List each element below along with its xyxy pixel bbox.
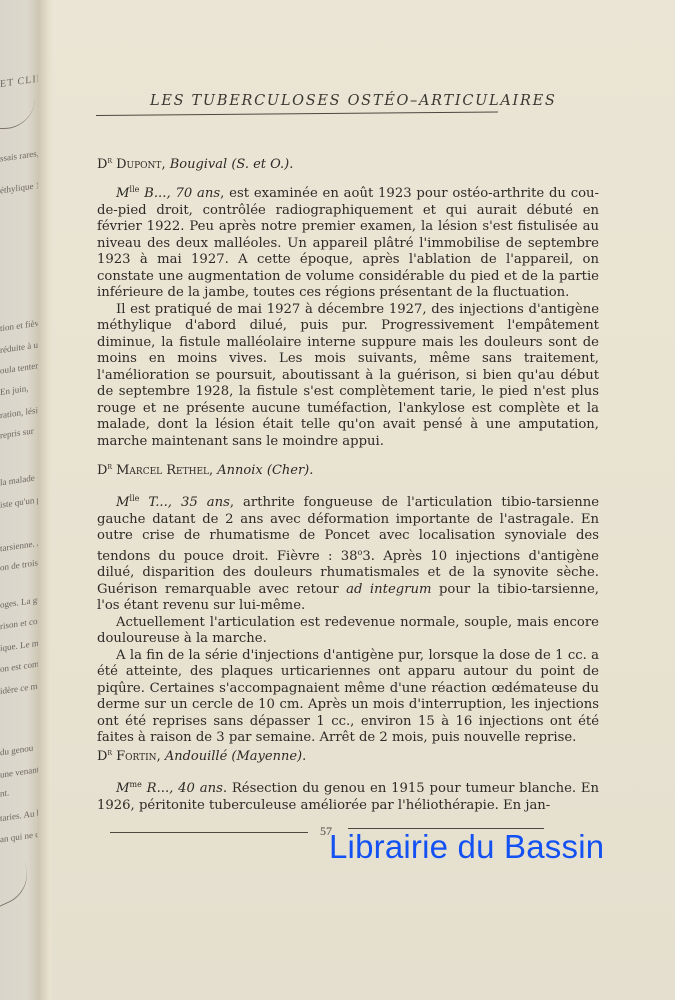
left-page-text-fragment: du genou — [0, 743, 33, 758]
footer-rule-left — [110, 832, 308, 833]
doctor-heading-dupont: Dr Dupont, Bougival (S. et O.). — [97, 156, 293, 172]
left-page-text-fragment: la malade — [0, 473, 35, 488]
patient-prefix: M — [116, 186, 130, 201]
doctor-location: Andouillé (Mayenne). — [165, 749, 306, 764]
doctor-name: Fortin — [116, 749, 156, 764]
left-page-text-fragment: an qui ne don — [0, 828, 38, 845]
left-page-text-fragment: éthylique 1 p. — [0, 179, 38, 196]
paragraph: Mlle T..., 35 ans, arthrite fongueuse de… — [97, 491, 599, 615]
left-page-text-fragment: une venant — [0, 764, 38, 780]
left-page-text-fragment: idère ce mal — [0, 680, 38, 696]
left-page-text-fragment: repris sur — [0, 426, 34, 441]
case-fortin-text: Mme R..., 40 ans. Résection du genou en … — [97, 777, 599, 814]
left-facing-page: ET CLINIQssais rares, puéthylique 1 p.ti… — [0, 0, 38, 1000]
left-page-text-fragment: taries. Au bo — [0, 807, 38, 823]
left-page-text-fragment: réduite à un — [0, 339, 38, 355]
left-page-head-rule — [0, 98, 35, 129]
doctor-title-sup: r — [107, 462, 112, 471]
doctor-title: Dr — [97, 463, 112, 478]
patient-id: R... — [142, 781, 169, 796]
patient-id: T... — [139, 495, 167, 510]
left-page-text-fragment: En juin, — [0, 383, 29, 397]
doctor-name: Dupont — [116, 157, 161, 172]
paragraph: Mlle B..., 70 ans, est examinée en août … — [97, 182, 599, 302]
left-page-text-fragment: tarsienne. Ap — [0, 537, 38, 554]
doctor-heading-fortin: Dr Fortin, Andouillé (Mayenne). — [97, 748, 306, 764]
running-head: LES TUBERCULOSES OSTÉO–ARTICULAIRES — [150, 93, 557, 109]
patient-id: B... — [139, 186, 166, 201]
patient-prefix: M — [116, 781, 130, 796]
paragraph: Mme R..., 40 ans. Résection du genou en … — [97, 777, 599, 814]
case-dupont-text: Mlle B..., 70 ans, est examinée en août … — [97, 182, 599, 450]
doctor-location: Annoix (Cher). — [217, 463, 313, 478]
left-page-text-fragment: tion et fièvre — [0, 317, 38, 333]
patient-prefix: M — [116, 495, 130, 510]
case-rethel-text: Mlle T..., 35 ans, arthrite fongueuse de… — [97, 491, 599, 747]
left-page-text-fragment: ssais rares, pu — [0, 146, 38, 163]
paragraph: Actuellement l'articulation est redevenu… — [97, 615, 599, 648]
left-page-text-fragment: ique. Le mal — [0, 637, 38, 653]
doctor-title: Dr — [97, 157, 112, 172]
patient-title-sup: me — [130, 780, 142, 789]
paragraph-text: , est examinée en août 1923 pour ostéo-a… — [97, 186, 599, 300]
left-page-text-fragment: on de trois — [0, 557, 38, 572]
left-page-text-fragment: rison et cons — [0, 615, 38, 631]
left-page-text-fragment: iste qu'un p — [0, 494, 38, 510]
left-page-text-fragment: oula tenter — [0, 360, 38, 375]
latin-phrase: ad integrum — [346, 582, 431, 597]
left-page-text-fragment: ration, lésion — [0, 404, 38, 421]
doctor-title-sup: r — [107, 748, 112, 757]
left-page-text-fragment: ET CLINIQ — [0, 71, 38, 90]
patient-age: , 70 ans — [166, 186, 220, 201]
patient-age: , 35 ans — [168, 495, 230, 510]
doctor-heading-rethel: Dr Marcel Rethel, Annoix (Cher). — [97, 462, 313, 478]
doctor-title: Dr — [97, 749, 112, 764]
doctor-name: Marcel Rethel — [116, 463, 209, 478]
patient-title-sup: lle — [130, 185, 140, 194]
left-page-text-fragment: oges. La gu — [0, 594, 38, 610]
left-page-tail-rule — [0, 861, 37, 929]
left-page-text-fragment: on est comp — [0, 658, 38, 674]
watermark-text: Librairie du Bassin — [329, 828, 604, 866]
doctor-location: Bougival (S. et O.). — [170, 157, 294, 172]
doctor-title-sup: r — [107, 156, 112, 165]
paragraph: A la fin de la série d'injections d'anti… — [97, 648, 599, 747]
left-page-text-fragment: nt. — [0, 787, 9, 798]
patient-title-sup: lle — [130, 494, 140, 503]
book-gutter — [38, 0, 52, 1000]
patient-age: , 40 ans — [169, 781, 223, 796]
paragraph: Il est pratiqué de mai 1927 à décembre 1… — [97, 302, 599, 451]
